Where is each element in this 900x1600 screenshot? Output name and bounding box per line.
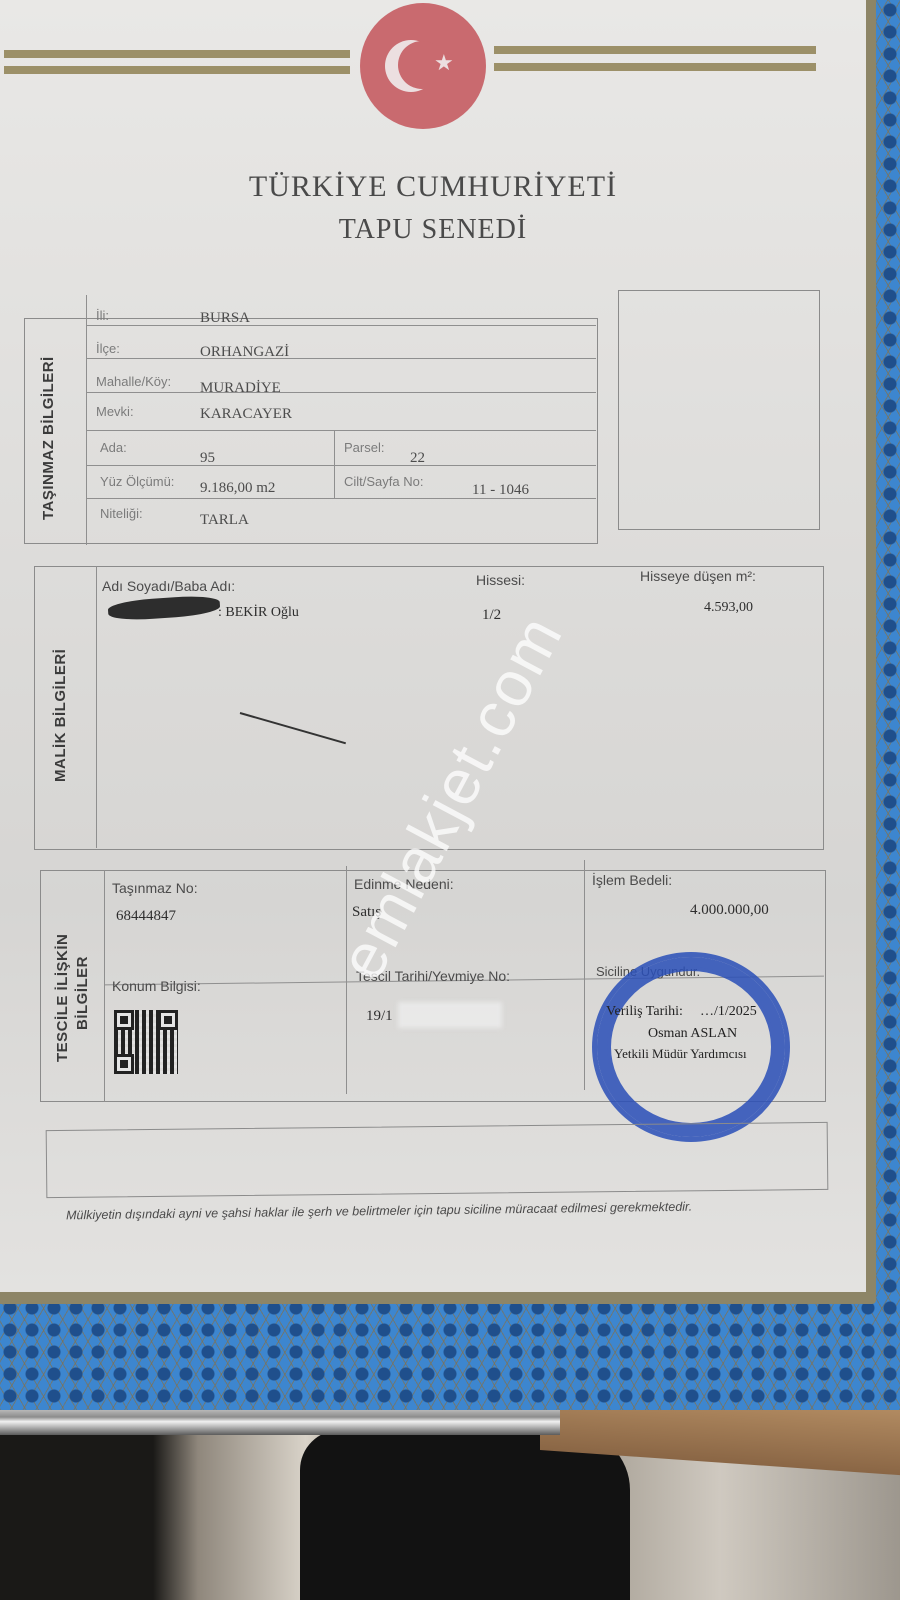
ada-value: 95 (200, 450, 215, 467)
konum-label: Konum Bilgisi: (112, 978, 201, 994)
qr-finder (158, 1010, 178, 1030)
ilce-value: ORHANGAZİ (200, 344, 289, 361)
divider (86, 430, 596, 431)
cilt-sayfa-label: Cilt/Sayfa No: (344, 474, 423, 489)
share-value: 1/2 (482, 607, 501, 624)
mahalle-label: Mahalle/Köy: (96, 374, 171, 389)
redacted-yevmiye (398, 1002, 502, 1028)
verilis-value: …/1/2025 (700, 1004, 757, 1020)
tasinmaz-no-label: Taşınmaz No: (112, 880, 198, 896)
divider (334, 430, 335, 498)
divider (86, 325, 596, 326)
il-value: BURSA (200, 310, 250, 327)
malik-section-label: MALİK BİLGİLERİ (52, 649, 69, 782)
parsel-value: 22 (410, 450, 425, 467)
share-header: Hissesi: (476, 572, 525, 588)
nitelik-value: TARLA (200, 512, 249, 529)
tescil-section-label: TESCİLE İLİŞKİN (54, 934, 71, 1062)
divider (96, 566, 97, 848)
gold-bar-right (494, 63, 816, 71)
divider (86, 358, 596, 359)
annotations-box (46, 1122, 829, 1198)
title-deed-paper: ★ TÜRKİYE CUMHURİYETİ TAPU SENEDİ TAŞINM… (0, 0, 866, 1292)
divider (86, 295, 87, 545)
tescil-section-label-2: BİLGİLER (74, 956, 91, 1030)
divider (104, 870, 105, 1102)
owner-father-name: : BEKİR Oğlu (218, 605, 299, 621)
area-value: 4.593,00 (704, 600, 753, 616)
yuzolcum-value: 9.186,00 m2 (200, 480, 275, 497)
document-title: TÜRKİYE CUMHURİYETİ (0, 170, 866, 204)
footer-note: Mülkiyetin dışındaki ayni ve şahsi hakla… (66, 1200, 692, 1223)
cilt-sayfa-value: 11 - 1046 (472, 482, 529, 499)
gold-bar-left (4, 66, 350, 74)
official-title: Yetkili Müdür Yardımcısı (614, 1046, 747, 1062)
divider (86, 465, 596, 466)
divider (584, 860, 585, 1090)
gold-bar-right (494, 46, 816, 54)
name-header: Adı Soyadı/Baba Adı: (102, 578, 235, 594)
divider (86, 392, 596, 393)
il-label: İli: (96, 308, 109, 323)
tasinmaz-section-label: TAŞINMAZ BİLGİLERİ (40, 356, 57, 520)
tasinmaz-no-value: 68444847 (116, 908, 176, 925)
document-subtitle: TAPU SENEDİ (0, 214, 866, 246)
gold-bar-left (4, 50, 350, 58)
person-shadow (300, 1430, 630, 1600)
tescil-tarih-value: 19/1 (366, 1008, 393, 1025)
mevki-value: KARACAYER (200, 406, 292, 423)
qr-finder (114, 1010, 134, 1030)
yuzolcum-label: Yüz Ölçümü: (100, 474, 174, 489)
bedel-label: İşlem Bedeli: (592, 872, 672, 888)
nitelik-label: Niteliği: (100, 506, 143, 521)
verilis-label: Veriliş Tarihi: (606, 1004, 683, 1020)
mevki-label: Mevki: (96, 404, 134, 419)
bedel-value: 4.000.000,00 (690, 902, 769, 919)
qr-finder (114, 1054, 134, 1074)
official-name: Osman ASLAN (648, 1026, 737, 1042)
mahalle-value: MURADİYE (200, 380, 281, 397)
divider (346, 866, 347, 1094)
parsel-label: Parsel: (344, 440, 384, 455)
area-header: Hisseye düşen m²: (640, 568, 756, 584)
ilce-label: İlçe: (96, 341, 120, 356)
photo-box (618, 290, 820, 530)
ada-label: Ada: (100, 440, 127, 455)
star-icon: ★ (434, 52, 454, 74)
